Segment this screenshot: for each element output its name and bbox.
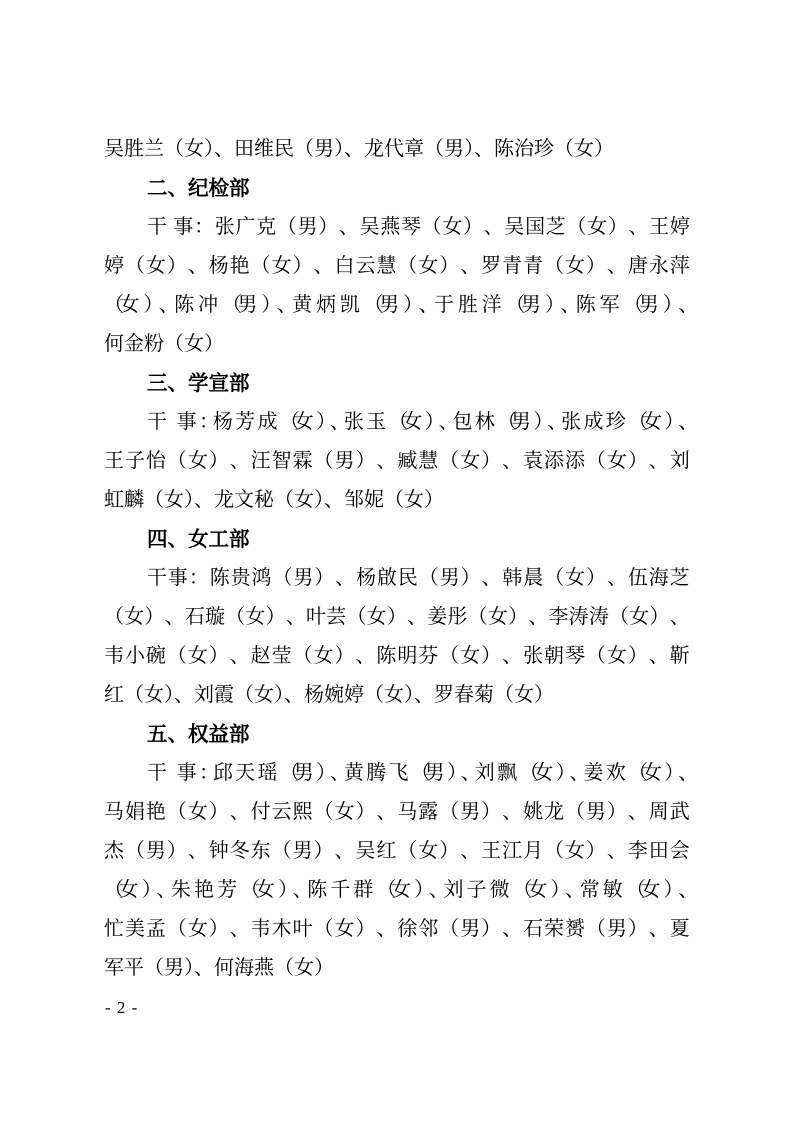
body-line: 虹麟（女）、龙文秘（女）、邹妮（女） — [104, 481, 690, 520]
body-line: 干 事：张广克（男）、吴燕琴（女）、吴国芝（女）、王婷 — [104, 208, 690, 247]
body-line: （女）、朱艳芳（女）、陈千群（女）、刘子微（女）、常敏（女）、 — [104, 871, 690, 910]
body-line: 红（女）、刘霞（女）、杨婉婷（女）、罗春菊（女） — [104, 676, 690, 715]
body-line: 马娟艳（女）、付云熙（女）、马露（男）、姚龙（男）、周武 — [104, 793, 690, 832]
body-line: 干事：陈贵鸿（男）、杨啟民（男）、韩晨（女）、伍海芝 — [104, 559, 690, 598]
document-page: 吴胜兰（女）、田维民（男）、龙代章（男）、陈治珍（女）二、纪检部干 事：张广克（… — [0, 0, 793, 1122]
section-heading: 五、权益部 — [104, 715, 690, 754]
body-line: 军平（男）、何海燕（女） — [104, 949, 690, 988]
body-line: 杰（男）、钟冬东（男）、吴红（女）、王江月（女）、李田会 — [104, 832, 690, 871]
body-line: 吴胜兰（女）、田维民（男）、龙代章（男）、陈治珍（女） — [104, 130, 690, 169]
body-line: （女）、石璇（女）、叶芸（女）、姜彤（女）、李涛涛（女）、 — [104, 598, 690, 637]
section-heading: 四、女工部 — [104, 520, 690, 559]
body-line: 婷（女）、杨艳（女）、白云慧（女）、罗青青（女）、唐永萍 — [104, 247, 690, 286]
body-line: 干 事：杨芳成（女）、张玉（女）、包林（男）、张成珍（女）、 — [104, 403, 690, 442]
section-heading: 二、纪检部 — [104, 169, 690, 208]
body-line: 王子怡（女）、汪智霖（男）、臧慧（女）、袁添添（女）、刘 — [104, 442, 690, 481]
page-number: - 2 - — [105, 996, 138, 1020]
body-line: 韦小碗（女）、赵莹（女）、陈明芬（女）、张朝琴（女）、靳 — [104, 637, 690, 676]
body-line: 忙美孟（女）、韦木叶（女）、徐邻（男）、石荣赟（男）、夏 — [104, 910, 690, 949]
body-line: 何金粉（女） — [104, 325, 690, 364]
body-line: （女）、陈冲（男）、黄炳凯（男）、于胜洋（男）、陈军（男）、 — [104, 286, 690, 325]
document-body: 吴胜兰（女）、田维民（男）、龙代章（男）、陈治珍（女）二、纪检部干 事：张广克（… — [104, 130, 690, 988]
body-line: 干 事：邱天瑶（男）、黄腾飞（男）、刘飘（女）、姜欢（女）、 — [104, 754, 690, 793]
section-heading: 三、学宣部 — [104, 364, 690, 403]
